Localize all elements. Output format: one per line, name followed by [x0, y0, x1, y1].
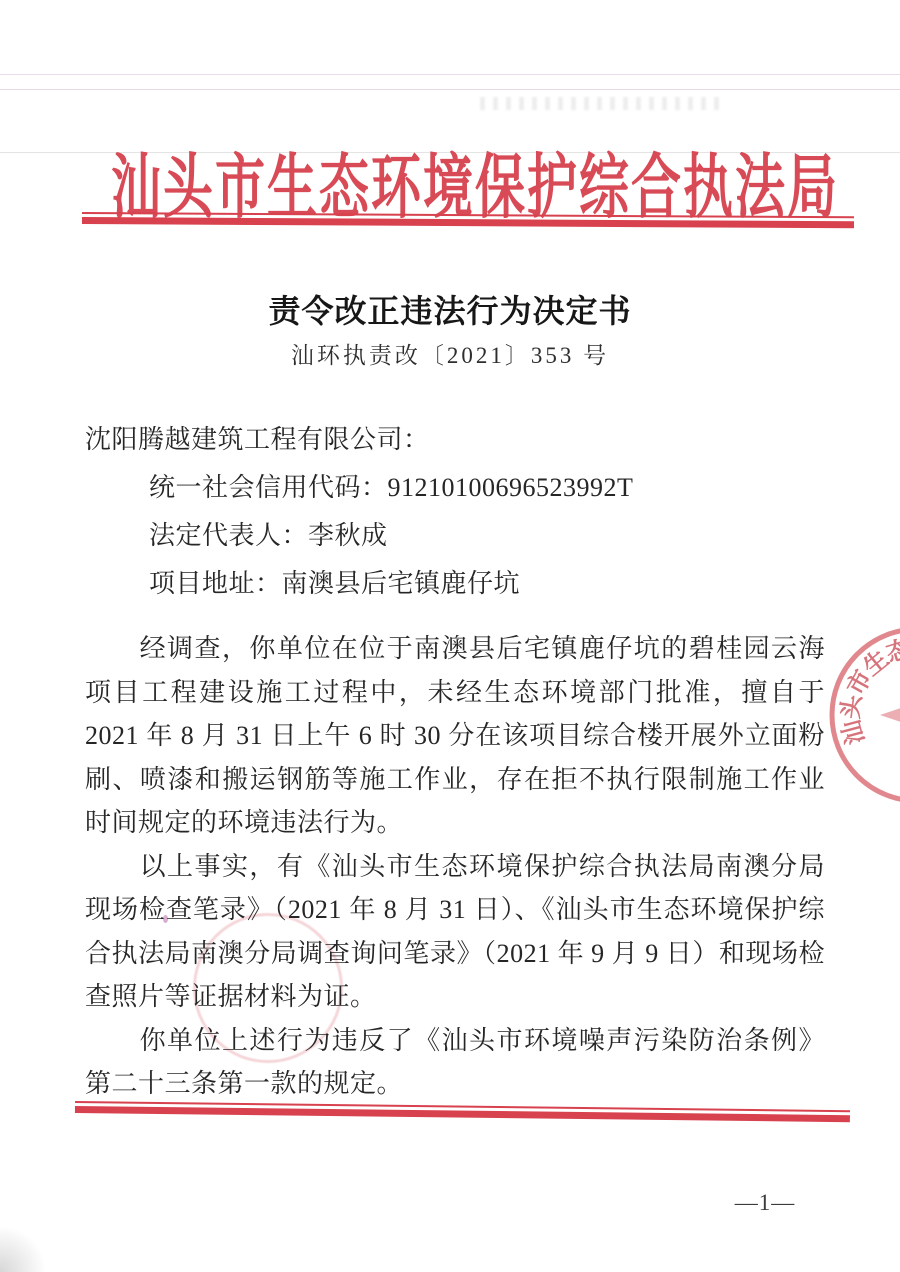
seal-char: 汕	[838, 717, 870, 747]
recipient-legal-representative: 法定代表人：李秋成	[85, 512, 845, 560]
document-number: 汕环执责改〔2021〕353 号	[0, 337, 900, 370]
seal-star-icon	[880, 679, 900, 751]
document-title: 责令改正违法行为决定书	[0, 286, 900, 332]
body-paragraph: 你单位上述行为违反了《汕头市环境噪声污染防治条例》第二十三条第一款的规定。	[85, 1019, 825, 1106]
scan-smudge	[480, 97, 720, 110]
body-paragraph: 以上事实，有《汕头市生态环境保护综合执法局南澳分局现场检查笔录》（2021 年 …	[85, 845, 825, 1019]
recipient-project-address: 项目地址：南澳县后宅镇鹿仔坑	[85, 560, 845, 608]
official-seal-partial: 汕 头 市 生 态	[790, 595, 900, 845]
scan-shadow-bottom-left	[0, 1227, 55, 1272]
page-number: —1—	[695, 1190, 835, 1216]
scan-artifact-line	[0, 89, 900, 90]
recipient-credit-code: 统一社会信用代码：91210100696523992T	[85, 464, 845, 512]
body-text: 经调查，你单位在位于南澳县后宅镇鹿仔坑的碧桂园云海项目工程建设施工过程中，未经生…	[85, 627, 825, 1106]
document-page: 汕头市生态环境保护综合执法局 责令改正违法行为决定书 汕环执责改〔2021〕35…	[0, 0, 900, 1272]
body-paragraph: 经调查，你单位在位于南澳县后宅镇鹿仔坑的碧桂园云海项目工程建设施工过程中，未经生…	[85, 627, 825, 845]
scan-artifact-line	[0, 74, 900, 75]
recipient-company: 沈阳腾越建筑工程有限公司：	[85, 416, 845, 464]
recipient-block: 沈阳腾越建筑工程有限公司： 统一社会信用代码：91210100696523992…	[85, 416, 845, 608]
